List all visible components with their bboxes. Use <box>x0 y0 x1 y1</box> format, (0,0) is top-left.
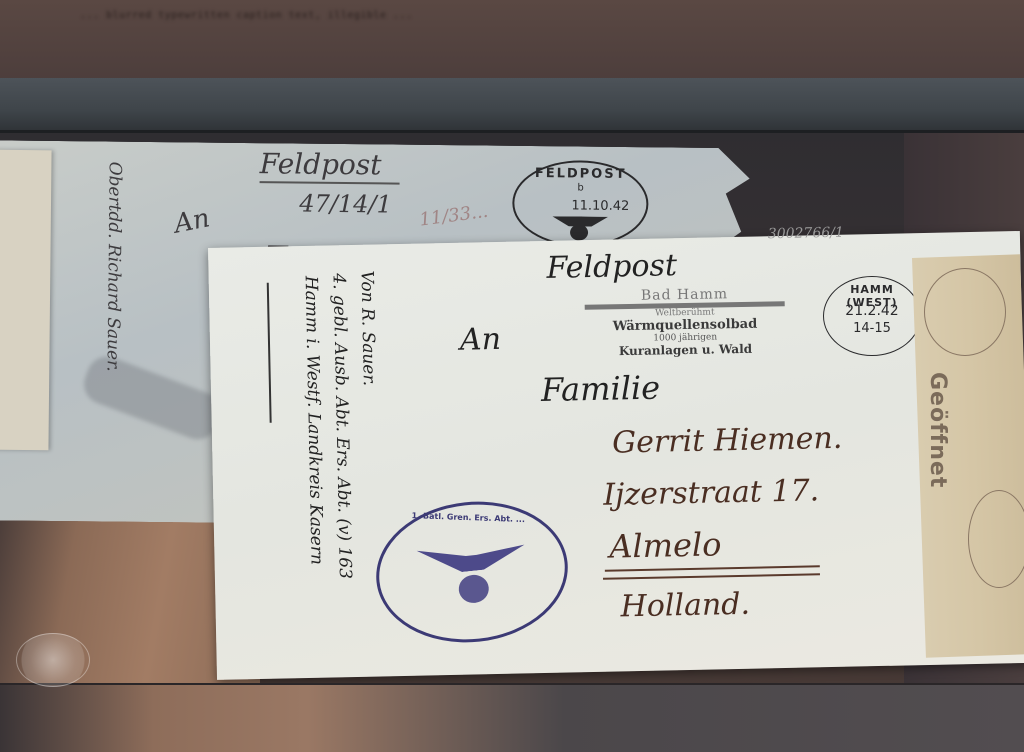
sender-line-3: Hamm i. Westf. Landkreis Kasern <box>301 276 327 565</box>
sender-line-2: 4. gebl. Ausb. Abt. Ers. Abt. (v) 163 <box>329 273 355 579</box>
sender-line-1: Von R. Sauer. <box>357 270 379 386</box>
censor-label: Geöffnet <box>925 372 950 488</box>
case-bottom <box>0 685 1024 752</box>
hamm-postmark-time: 14-15 <box>824 321 920 336</box>
red-pencil-note: 11/33... <box>418 201 489 231</box>
pencil-number: 3002766/1 <box>768 225 844 243</box>
back-header: Feldpost <box>260 147 382 181</box>
front-salutation: An <box>460 322 502 358</box>
eagle-icon <box>416 539 526 576</box>
left-envelope-edge <box>0 150 52 451</box>
wreath-icon <box>457 573 490 604</box>
back-postmark: FELDPOST b 11.10.42 <box>512 160 649 247</box>
recipient-name: Gerrit Hiemen. <box>612 421 843 461</box>
caption-placard: ... blurred typewritten caption text, il… <box>0 0 1024 78</box>
placard-text: ... blurred typewritten caption text, il… <box>80 10 660 22</box>
sender-underline <box>267 283 272 423</box>
display-frame <box>0 78 1024 132</box>
wreath-icon <box>570 224 588 240</box>
suction-cup <box>16 633 90 687</box>
back-salutation: An <box>172 203 213 239</box>
back-header-underline <box>260 181 400 184</box>
censor-seal-top <box>924 268 1006 356</box>
censor-seal-bottom <box>968 490 1024 588</box>
hamm-postmark: HAMM (WEST) 21.2.42 14-15 <box>823 276 921 356</box>
city-underline <box>605 565 820 571</box>
postmark-title: FELDPOST <box>515 166 647 182</box>
shadow <box>78 351 226 445</box>
unit-stamp-text: 1. Batl. Gren. Ers. Abt. ... <box>393 510 543 524</box>
recipient-city: Almelo <box>609 525 722 565</box>
city-underline-2 <box>603 573 820 579</box>
postmark-sub: b <box>514 182 646 194</box>
slogan-cancel: Bad Hamm Weltberühmt Wärmquellensolbad 1… <box>584 286 785 358</box>
recipient-line-1: Familie <box>541 369 661 409</box>
recipient-country: Holland. <box>620 587 750 625</box>
display-case-photo: ... blurred typewritten caption text, il… <box>0 0 1024 752</box>
back-sender: Obertdd. Richard Sauer. <box>103 162 125 372</box>
recipient-street: Ijzerstraat 17. <box>603 473 820 513</box>
back-number-line: 47/14/1 <box>299 190 392 219</box>
front-header: Feldpost <box>546 248 677 286</box>
hamm-postmark-date: 21.2.42 <box>824 303 920 319</box>
postmark-date: 11.10.42 <box>514 198 646 214</box>
